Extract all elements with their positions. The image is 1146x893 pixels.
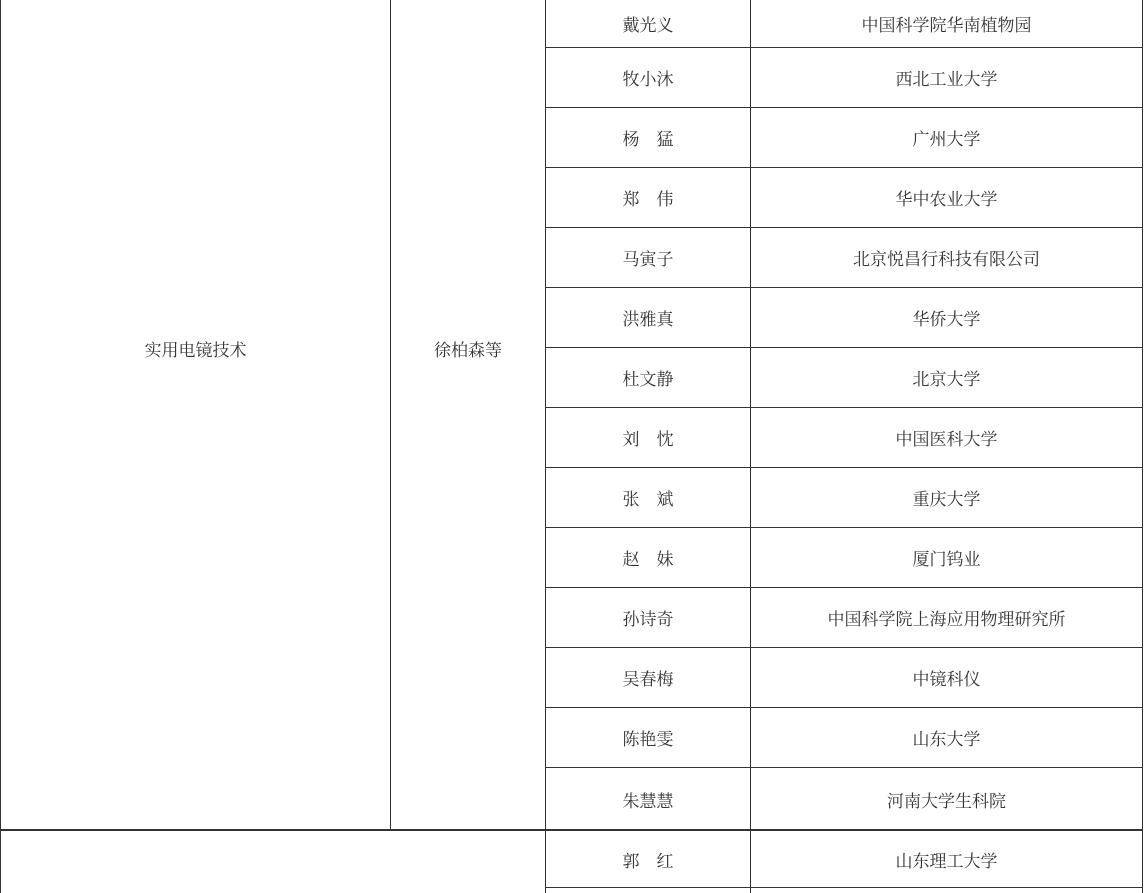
- trainee-name-cell: 吴春梅: [546, 648, 751, 707]
- table-row: 戴光义 中国科学院华南植物园: [546, 0, 1142, 48]
- trainee-name-cell: 郑 伟: [546, 168, 751, 227]
- trainee-org-cell: 中镜科仪: [751, 648, 1142, 707]
- trainee-org-cell: 北京悦昌行科技有限公司: [751, 228, 1142, 287]
- participants-column: 戴光义 中国科学院华南植物园 牧小沐 西北工业大学 杨 猛 广州大学 郑 伟 华…: [545, 0, 1143, 893]
- trainee-org-cell: 中国医科大学: [751, 408, 1142, 467]
- next-group-title-cell: [0, 831, 545, 893]
- trainee-org-cell: 华侨大学: [751, 288, 1142, 347]
- trainee-name-cell: [546, 888, 751, 893]
- trainee-name-cell: 戴光义: [546, 0, 751, 47]
- table-row: 洪雅真 华侨大学: [546, 288, 1142, 348]
- book-title: 实用电镜技术: [1, 339, 390, 363]
- table-row: 朱慧慧 河南大学生科院: [546, 768, 1142, 831]
- trainee-name-cell: 杜文静: [546, 348, 751, 407]
- table-row: 陈艳雯 山东大学: [546, 708, 1142, 768]
- trainee-name-cell: 朱慧慧: [546, 768, 751, 831]
- trainee-name-cell: 张 斌: [546, 468, 751, 527]
- trainee-org-cell: 北京大学: [751, 348, 1142, 407]
- table-row: 郑 伟 华中农业大学: [546, 168, 1142, 228]
- trainee-org-cell: 广州大学: [751, 108, 1142, 167]
- trainee-org-cell: 西北工业大学: [751, 48, 1142, 107]
- trainee-org-cell: [751, 888, 1142, 893]
- table-row: 张 斌 重庆大学: [546, 468, 1142, 528]
- table-row: 杨 猛 广州大学: [546, 108, 1142, 168]
- trainee-name-cell: 刘 忱: [546, 408, 751, 467]
- table-row: 刘 忱 中国医科大学: [546, 408, 1142, 468]
- trainee-org-cell: 河南大学生科院: [751, 768, 1142, 831]
- table-row: 牧小沐 西北工业大学: [546, 48, 1142, 108]
- table-row: 孙诗奇 中国科学院上海应用物理研究所: [546, 588, 1142, 648]
- trainee-name-cell: 杨 猛: [546, 108, 751, 167]
- trainee-org-cell: 华中农业大学: [751, 168, 1142, 227]
- table-row: 赵 妹 厦门钨业: [546, 528, 1142, 588]
- table-row: 吴春梅 中镜科仪: [546, 648, 1142, 708]
- trainee-org-cell: 重庆大学: [751, 468, 1142, 527]
- trainee-org-cell: 中国科学院上海应用物理研究所: [751, 588, 1142, 647]
- trainee-name-cell: 牧小沐: [546, 48, 751, 107]
- trainee-name-cell: 陈艳雯: [546, 708, 751, 767]
- trainee-org-cell: 中国科学院华南植物园: [751, 0, 1142, 47]
- trainee-name-cell: 赵 妹: [546, 528, 751, 587]
- trainee-name-cell: 孙诗奇: [546, 588, 751, 647]
- table-row: 马寅子 北京悦昌行科技有限公司: [546, 228, 1142, 288]
- trainee-org-cell: 厦门钨业: [751, 528, 1142, 587]
- trainee-name-cell: 洪雅真: [546, 288, 751, 347]
- table-row: 杜文静 北京大学: [546, 348, 1142, 408]
- table-row-partial: [546, 888, 1142, 893]
- trainee-org-cell: 山东理工大学: [751, 831, 1142, 887]
- authors: 徐柏森等: [391, 339, 545, 363]
- trainee-name-cell: 马寅子: [546, 228, 751, 287]
- document-table-page: 实用电镜技术 徐柏森等 戴光义 中国科学院华南植物园 牧小沐 西北工业大学 杨 …: [0, 0, 1146, 893]
- trainee-org-cell: 山东大学: [751, 708, 1142, 767]
- trainee-name-cell: 郭 红: [546, 831, 751, 887]
- table-row: 郭 红 山东理工大学: [546, 831, 1142, 888]
- book-title-cell: 实用电镜技术: [0, 0, 391, 829]
- authors-cell: 徐柏森等: [391, 0, 545, 829]
